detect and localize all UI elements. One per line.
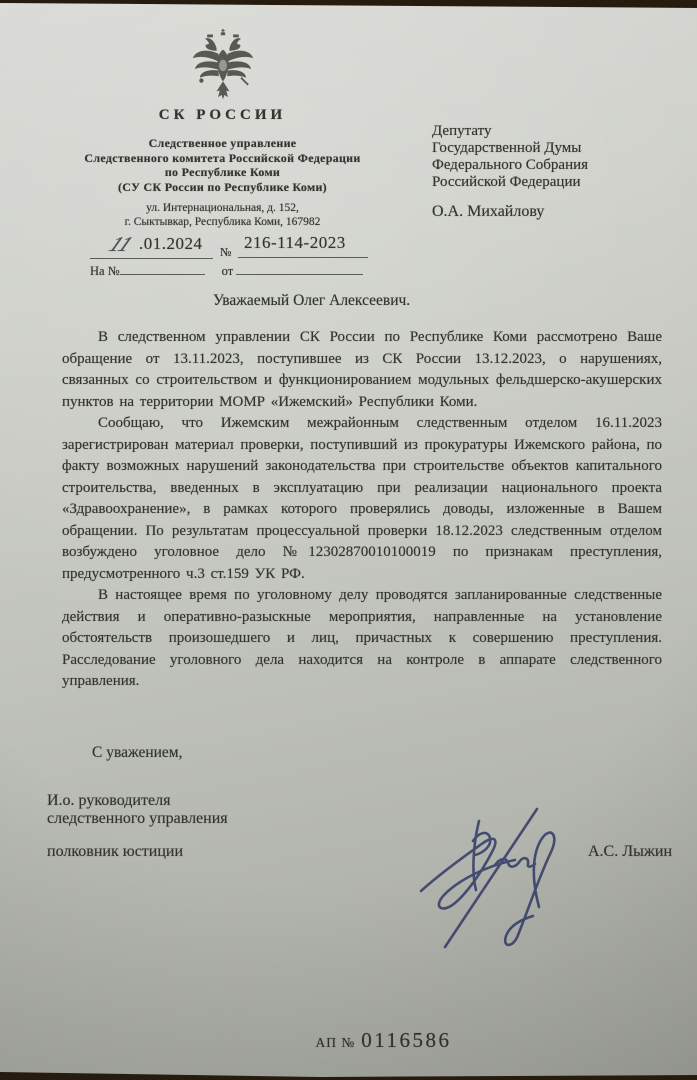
position-line: следственного управления: [47, 810, 228, 828]
outgoing-number: 216-114-2023: [244, 233, 346, 253]
recipient-name: О.А. Михайлову: [432, 203, 687, 220]
ref-number-blank: [120, 263, 205, 275]
handwritten-date: 11: [104, 232, 137, 257]
reference-row: На №от: [90, 263, 363, 279]
double-headed-eagle-icon: [186, 28, 260, 100]
form-series-label: АП №: [316, 1035, 356, 1050]
signer-name: А.С. Лыжин: [588, 843, 672, 861]
paragraph-1: В следственном управлении СК России по Р…: [62, 327, 662, 413]
org-address: ул. Интернациональная, д. 152, г. Сыктыв…: [55, 201, 390, 229]
form-number: 0116586: [361, 1028, 451, 1052]
number-underline: [238, 257, 368, 258]
signer-position-block: И.о. руководителя следственного управлен…: [47, 792, 228, 861]
printed-date: .01.2024: [139, 234, 203, 254]
address-line: ул. Интернациональная, д. 152,: [55, 201, 390, 215]
document-page: СК РОССИИ Следственное управление Следст…: [0, 0, 697, 1080]
address-line: г. Сыктывкар, Республика Коми, 167982: [55, 215, 390, 229]
letter-body: В следственном управлении СК России по Р…: [62, 327, 662, 693]
org-short-title: СК РОССИИ: [55, 107, 390, 124]
photo-background: СК РОССИИ Следственное управление Следст…: [0, 0, 697, 1080]
recipient-line: Федерального Собрания: [432, 157, 687, 174]
signature-autograph: [415, 795, 590, 960]
closing-phrase: С уважением,: [92, 744, 183, 762]
form-number-row: АП №0116586: [0, 1028, 697, 1053]
date-underline: [90, 258, 213, 259]
org-line: по Республике Коми: [55, 165, 390, 180]
ref-from-label: от: [222, 264, 234, 278]
letterhead: СК РОССИИ Следственное управление Следст…: [55, 28, 390, 272]
ref-date-blank: [236, 263, 363, 275]
org-full-name: Следственное управление Следственного ко…: [55, 136, 390, 194]
signer-rank: полковник юстиции: [47, 843, 228, 861]
recipient-line: Государственной Думы: [432, 140, 687, 157]
recipient-line: Российской Федерации: [432, 174, 687, 191]
paragraph-2: Сообщаю, что Ижемским межрайонным следст…: [62, 413, 662, 585]
org-line: Следственного комитета Российской Федера…: [55, 151, 390, 166]
ref-label: На №: [90, 264, 120, 278]
salutation: Уважаемый Олег Алексеевич.: [213, 292, 410, 310]
recipient-line: Депутату: [432, 123, 687, 140]
position-line: И.о. руководителя: [47, 792, 228, 810]
org-line: Следственное управление: [55, 136, 390, 151]
recipient-block: Депутату Государственной Думы Федерально…: [432, 123, 687, 220]
paragraph-3: В настоящее время по уголовному делу про…: [62, 585, 662, 693]
org-line: (СУ СК России по Республике Коми): [55, 180, 390, 195]
number-sign: №: [220, 245, 231, 260]
